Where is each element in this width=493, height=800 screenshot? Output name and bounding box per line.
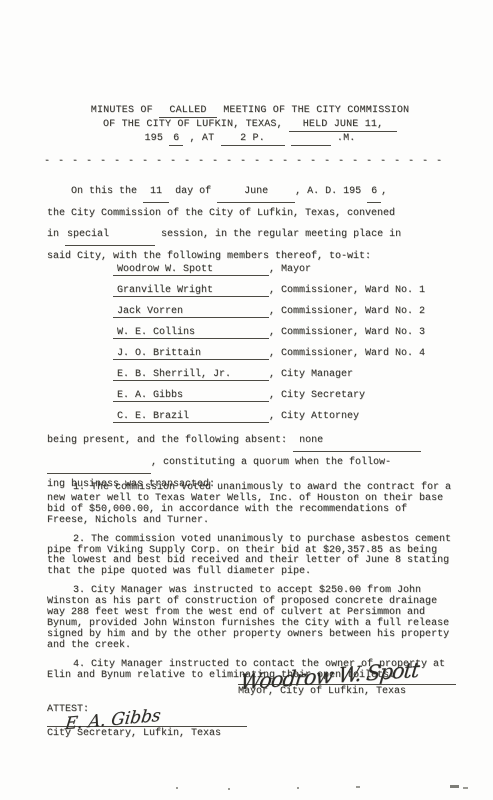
mayor-signature-block: Woodrow W. Spott Mayor, City of Lufkin, … [238,664,456,698]
roster-row-city-attorney: C. E. Brazil, City Attorney [113,411,425,432]
quorum-line-2: , constituting a quorum when the follow- [47,452,457,474]
official-title: , Mayor [269,264,311,275]
official-name: W. E. Collins [113,327,269,339]
title-text: MEETING OF THE CITY COMMISSION [223,105,409,116]
official-title: , Commissioner, Ward No. 4 [269,348,425,359]
fill-month: June [217,181,295,203]
title-line-1: MINUTES OF CALLED MEETING OF THE CITY CO… [40,104,460,118]
roster-row-ward1: Granville Wright, Commissioner, Ward No.… [113,285,425,306]
title-fill-year: 6 [169,132,183,146]
title-text: 195 [144,133,163,144]
official-title: , City Manager [269,369,353,380]
title-line-2: OF THE CITY OF LUFKIN, TEXAS, HELD JUNE … [40,118,460,132]
opening-paragraph: On this the 11 day of June, A. D. 195 6,… [47,181,457,267]
fill-absent: none [293,430,421,452]
roster-row-city-secretary: E. A. Gibbs, City Secretary [113,390,425,411]
title-text: , AT [189,133,214,144]
title-fill-time: 2 P. [221,132,285,146]
roster-row-ward4: J. O. Brittain, Commissioner, Ward No. 4 [113,348,425,369]
opening-line-3: in special session, in the regular meeti… [47,224,457,246]
quorum-blank [47,452,151,474]
minutes-item-3: 3. City Manager was instructed to accept… [47,586,455,651]
opening-line-2: the City Commission of the City of Lufki… [47,203,457,224]
official-name: C. E. Brazil [113,411,269,423]
minutes-item-2: 2. The commission voted unanimously to p… [47,535,455,579]
official-title: , Commissioner, Ward No. 3 [269,327,425,338]
quorum-line-1: being present, and the following absent:… [47,430,457,452]
roster-row-city-manager: E. B. Sherrill, Jr., City Manager [113,369,425,390]
quorum-text: , constituting a quorum when the follow- [151,457,391,468]
opening-text: session, in the regular meeting place in [161,229,401,240]
official-name: J. O. Brittain [113,348,269,360]
title-fill-date: HELD JUNE 11, [289,118,397,132]
scan-speck [176,787,178,789]
scan-speck [450,785,459,788]
roster-row-ward2: Jack Vorren, Commissioner, Ward No. 2 [113,306,425,327]
official-name: Woodrow W. Spott [113,264,269,276]
official-title: , Commissioner, Ward No. 2 [269,306,425,317]
official-name: E. B. Sherrill, Jr. [113,369,269,381]
opening-text: day of [175,186,211,197]
title-text: MINUTES OF [91,105,153,116]
title-text: OF THE CITY OF LUFKIN, TEXAS, [103,119,283,130]
opening-text: On this the [71,186,137,197]
secretary-signature-block: E. A. Gibbs City Secretary, Lufkin, Texa… [47,710,247,740]
roster-row-ward3: W. E. Collins, Commissioner, Ward No. 3 [113,327,425,348]
scan-speck [297,787,299,789]
fill-session-type: special [65,224,155,246]
opening-text: in [47,229,59,240]
official-title: , City Secretary [269,390,365,401]
official-name: Granville Wright [113,285,269,297]
fill-year: 6 [367,181,381,203]
official-name: Jack Vorren [113,306,269,318]
title-fill-called: CALLED [159,104,217,118]
official-title: , Commissioner, Ward No. 1 [269,285,425,296]
scan-speck [463,787,468,789]
title-blank [291,132,331,146]
minutes-item-1: 1. The commission voted unanimously to a… [47,483,455,527]
opening-text: , [381,186,387,197]
roster-row-mayor: Woodrow W. Spott, Mayor [113,264,425,285]
fill-day: 11 [143,181,169,203]
official-title: , City Attorney [269,411,359,422]
scan-speck [356,786,360,788]
opening-text: , A. D. 195 [295,186,361,197]
title-line-3: 195 6 , AT 2 P. .M. [40,132,460,146]
quorum-text: being present, and the following absent: [47,435,287,446]
scanned-minutes-page: MINUTES OF CALLED MEETING OF THE CITY CO… [0,0,493,800]
officials-roster: Woodrow W. Spott, Mayor Granville Wright… [113,264,425,432]
opening-line-1: On this the 11 day of June, A. D. 195 6, [47,181,457,203]
title-text: .M. [337,133,356,144]
dashed-separator: - - - - - - - - - - - - - - - - - - - - … [44,156,454,167]
scan-speck [228,788,230,790]
official-name: E. A. Gibbs [113,390,269,402]
document-title: MINUTES OF CALLED MEETING OF THE CITY CO… [40,104,460,146]
